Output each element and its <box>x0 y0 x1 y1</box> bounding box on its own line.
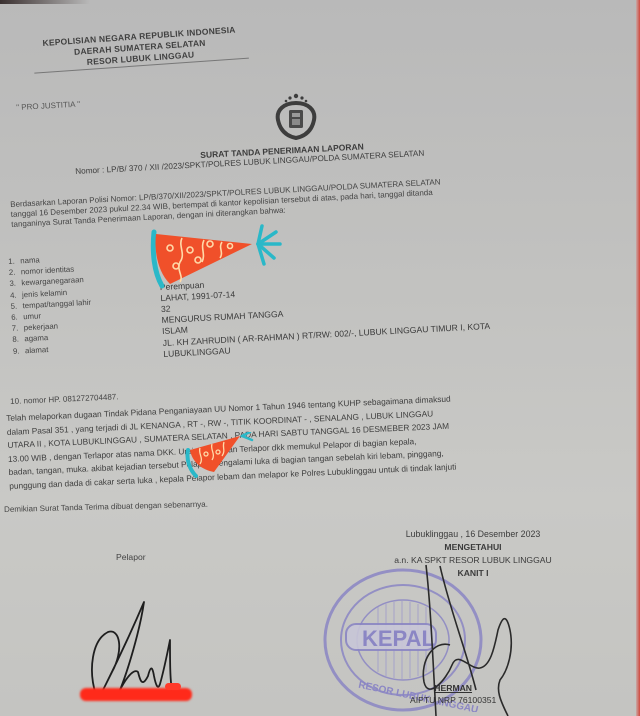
authority-signature-block: Lubuklinggau , 16 Desember 2023 MENGETAH… <box>358 528 588 580</box>
place-date: Lubuklinggau , 16 Desember 2023 <box>358 528 588 541</box>
svg-text:KEPAL: KEPAL <box>362 626 435 651</box>
mengetahui-label: MENGETAHUI <box>358 541 588 554</box>
redaction-mark <box>165 683 181 690</box>
field-number: 1. <box>8 255 21 267</box>
official-position: KANIT I <box>358 567 588 580</box>
field-number: 5. <box>10 300 23 312</box>
reporter-signature-icon <box>92 602 172 695</box>
party-hat-sticker-small-icon <box>184 432 254 478</box>
intro-paragraph: Berdasarkan Laporan Polisi Nomor: LP/B/3… <box>10 169 611 230</box>
on-behalf-of: a.n. KA SPKT RESOR LUBUK LINGGAU <box>358 554 588 567</box>
red-border-edge <box>636 0 640 716</box>
police-emblem-icon <box>268 90 324 142</box>
official-rank-nrp: AIPTU NRP 76100351 <box>410 694 496 706</box>
field-number <box>13 356 26 368</box>
field-number: 2. <box>9 267 22 279</box>
field-number: 8. <box>12 334 25 346</box>
closing-statement: Demikian Surat Tanda Terima dibuat denga… <box>4 500 208 514</box>
field-number: 7. <box>12 322 25 334</box>
document-page: KEPOLISIAN NEGARA REPUBLIK INDONESIA DAE… <box>0 0 636 716</box>
field-number: 9. <box>13 345 26 357</box>
pro-justitia: " PRO JUSTITIA " <box>16 100 80 112</box>
phone-number: 10. nomor HP. 081272704487. <box>10 392 119 406</box>
party-hat-sticker-icon <box>146 222 282 292</box>
field-number: 4. <box>10 289 23 301</box>
reporter-signature-label: Pelapor <box>116 552 146 562</box>
official-name-block: HERMAN AIPTU NRP 76100351 <box>410 682 496 706</box>
official-name: HERMAN <box>410 682 496 694</box>
reporter-fields: 1.nama 2.nomor identitas 3.kewarganegara… <box>8 223 640 368</box>
field-number: 3. <box>9 278 22 290</box>
field-number: 6. <box>11 311 24 323</box>
letterhead: KEPOLISIAN NEGARA REPUBLIK INDONESIA DAE… <box>14 23 266 75</box>
